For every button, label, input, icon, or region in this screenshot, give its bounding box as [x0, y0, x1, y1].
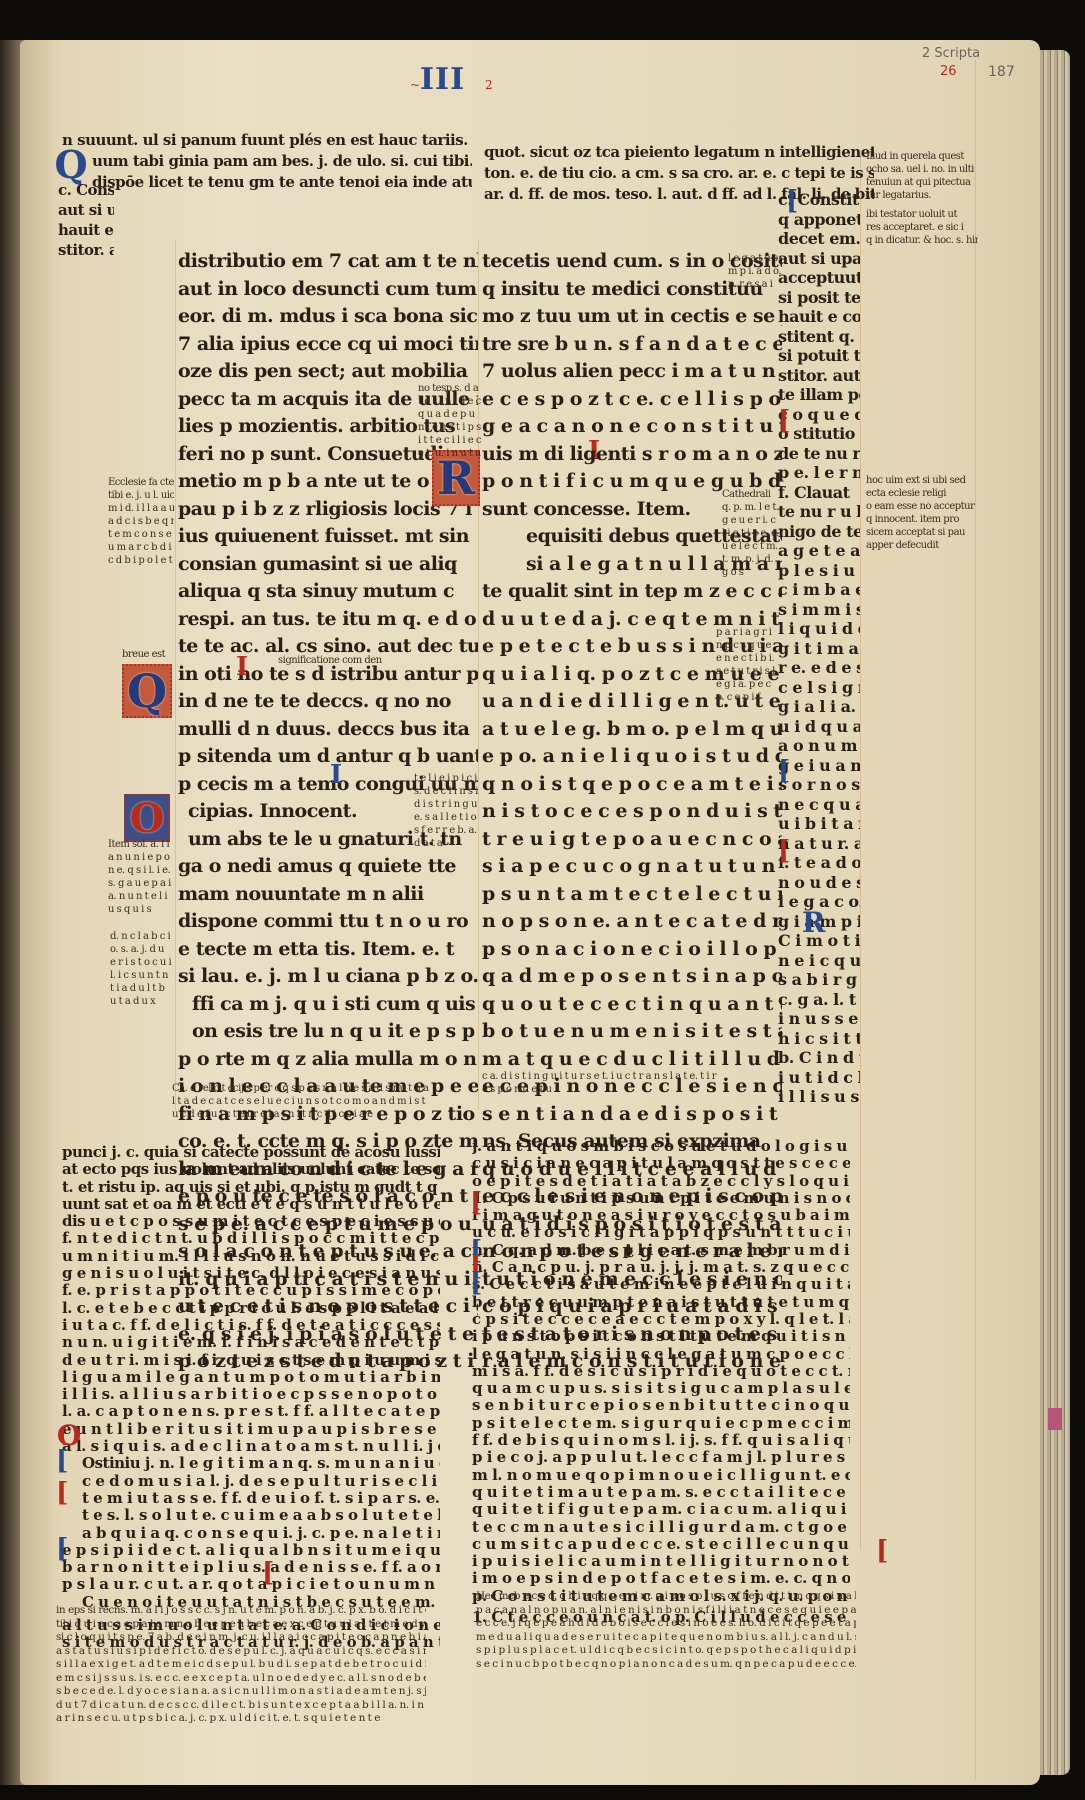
note-line: d u t 7 d i c a t u n. d e c s c c. d i …	[56, 1699, 426, 1713]
text-line: consian gumasint si ue aliq	[178, 551, 478, 579]
rubric-initial-i-blue: I	[330, 760, 342, 790]
gloss-line: f. n t e d i c t n t. u b d i l l i s p …	[62, 1230, 440, 1247]
pencil-shelf-note: 2 Scripta	[922, 46, 980, 61]
note-line: s p i p l u s p l a c e t. u l d i c q b…	[476, 1644, 856, 1658]
note-line: t e m c o n s e q u i	[108, 528, 174, 541]
gloss-line: dis u e t c p o s s u m i t e c t c e s …	[62, 1213, 440, 1230]
gloss-line: f. e. p r i s t a p p o t i t e c c u p …	[62, 1282, 440, 1299]
note-line: ecta eclesie religi	[866, 487, 978, 500]
gloss-line: s i m m i s t e	[778, 600, 860, 620]
text-line: e c e s p o z t c e. c e l l i s p o u t…	[482, 386, 782, 414]
gloss-line: q u a m c u p u s. s i s i t s i g u c a…	[472, 1380, 850, 1397]
ruling-line	[478, 240, 479, 1110]
gloss-column-right: c. Constituent q apponet o decet em. l. …	[778, 190, 860, 1107]
gloss-line: de te nu r. j. c	[778, 444, 860, 464]
gloss-line: l. c. e t e b e c c t i p p r i o u l. e…	[62, 1300, 440, 1317]
gloss-line: i u t i d c l e i	[778, 1068, 860, 1088]
ruling-line	[175, 240, 176, 1110]
folio-number: 187	[988, 64, 1015, 80]
margin-note-mid: no tesp s. d a t e s i n i d e c q u a d…	[418, 382, 482, 460]
gloss-line: p s l a u r. c u t. a r. q o t a p i c i…	[62, 1576, 440, 1593]
margin-note-right-col: l e g a t u s m p i. a d o. p. r e s a i	[728, 252, 784, 291]
gloss-line: punci j. c. quia si catecte possunt de a…	[62, 1144, 440, 1161]
margin-note-lower: d. n c l a b c i o. s. a. j. d u e r i s…	[110, 930, 172, 1008]
rubric-initial-r-blue: R	[802, 906, 825, 939]
text-line: p s o n a c i o n e c i o i l l o p s p …	[482, 936, 782, 964]
note-line: c d b i p o l e t i l l a	[108, 554, 174, 567]
text-line: e p o. a n i e l i q u o i s t u d c e c…	[482, 743, 782, 771]
note-line: Hec meb e c e c. q b i e q q u e r i m. …	[476, 1590, 856, 1604]
margin-note-right-1: Illud in querela quest ocho sa. uel i. n…	[866, 150, 978, 247]
gloss-line: t e c c m n a u t e s i c i l l i g u r …	[472, 1519, 850, 1536]
text-line: p s u n t a m t e c t e l e c t u m u n …	[482, 881, 782, 909]
decorated-initial-o: O	[124, 794, 170, 842]
gloss-line: aut si upan	[58, 200, 114, 220]
paragraph-mark-red: [	[778, 836, 790, 866]
gloss-line: n o u d e s i a	[778, 873, 860, 893]
gloss-line: uum tabi ginia pam am bes. j. de ulo. si…	[62, 151, 472, 172]
note-line: in eps si recns. m. a l i j o s s c c. s…	[56, 1604, 426, 1618]
gloss-line: b e t t r e c u u m p t e n a i s t u t …	[472, 1294, 850, 1311]
note-line: a r i n s e c u. u t p s b i c a. j. c. …	[56, 1712, 426, 1726]
gloss-line: p i e c o j. a p p u l u t. l e c c f a …	[472, 1449, 850, 1466]
lower-gloss-right: j. a n t i q u o s m b i s c o s u e t u…	[472, 1138, 850, 1626]
gloss-line: l e g a t u n. s i s i i n c c l e g a t…	[472, 1346, 850, 1363]
gloss-line: u i b i t a r e	[778, 814, 860, 834]
text-line: uis m di ligenti s r o m a n o z u	[482, 441, 782, 469]
gloss-line: n suuunt. ul si panum fuunt plés en est …	[62, 130, 472, 151]
gloss-line: hauit e con	[778, 307, 860, 327]
gloss-line: i l l i s. a l l i u s a r b i t i o e c…	[62, 1386, 440, 1403]
paragraph-mark-red: [	[56, 1478, 68, 1508]
note-line: s b e c e d e. l. d y o c e s i a n a. a…	[56, 1685, 426, 1699]
text-line: dispone commi ttu t n o u ro	[178, 908, 478, 936]
bottom-gloss-left: in eps si recns. m. a l i j o s s c c. s…	[56, 1604, 426, 1726]
gloss-line: stitent q. a. t	[778, 327, 860, 347]
gloss-line: s e n b i t u r c e p i o s e n b i t u …	[472, 1397, 850, 1414]
gloss-line: b. C i n d u g t	[778, 1048, 860, 1068]
paragraph-mark-blue: [	[56, 1534, 68, 1564]
gloss-line: decet em. l. i	[778, 229, 860, 249]
margin-note-item: Item sol. a. l i a n u n i e p o n e. q …	[108, 838, 172, 916]
gloss-line: t. et ristu ip. aq uis si et ubi. q p is…	[62, 1179, 440, 1196]
gloss-line: m l. n o m u e q o p i m n o u e i c l l…	[472, 1467, 850, 1484]
note-line: tenuiun at qui pitectua	[866, 176, 978, 189]
gloss-line: si posit te	[778, 288, 860, 308]
gloss-line: c u m s i t c a p u d e c c e. s t e c i…	[472, 1536, 850, 1553]
gloss-line: a b q u i a q. c o n s e q u i. j. c. p …	[62, 1525, 440, 1542]
text-line: 7 uolus alien pecc i m a t u n o t e	[482, 358, 782, 386]
gloss-line: j. a n t i q u o s m b i s c o s u e t u…	[472, 1138, 850, 1155]
gloss-line: f i m a g u t o n e a s i u r o y e c c …	[472, 1207, 850, 1224]
gloss-line: l i g u a m i l e g a n t u m p o t o m …	[62, 1369, 440, 1386]
ruling-line	[860, 150, 861, 1550]
gloss-line: acceptuut	[778, 268, 860, 288]
rubric-initial-i: I	[236, 652, 248, 682]
gloss-line: f f. d e b i s q u i n o m s l. i j. s. …	[472, 1432, 850, 1449]
text-line: te qualit sint in tep m z e c c a z	[482, 578, 782, 606]
gloss-line: d e u t r i. m i s i. f i. q u i s c t s…	[62, 1352, 440, 1369]
text-line: 7 alia ipius ecce cq ui moci tim	[178, 331, 478, 359]
note-line: p a c a n a l n o p u a n. a l n i e n i…	[476, 1604, 856, 1618]
gloss-line: p e. l e r n a r	[778, 463, 860, 483]
text-line: e tecte m etta tis. Item. e. t	[178, 936, 478, 964]
note-line: a s t a t u s i u s i p i d e f i c t o.…	[56, 1645, 426, 1659]
gloss-line: u i d q u a n	[778, 717, 860, 737]
gloss-line: u m n i t i u m. i l l i u s n o n. n u …	[62, 1248, 440, 1265]
gloss-line: stitor. aut	[58, 240, 114, 260]
gloss-line: at ecto pqs ius uolunt ad aliis uolunt c…	[62, 1161, 440, 1178]
gloss-line: g i t i m a p o	[778, 639, 860, 659]
note-line: s i l l a e x i g e t. a d t e m e i c d…	[56, 1658, 426, 1672]
margin-note-brevis: breue est	[122, 648, 165, 661]
gloss-line: i l l i s u s	[778, 1087, 860, 1107]
text-line: on esis tre lu n q u it e p s p z cum	[178, 1018, 478, 1046]
bottom-gloss-right: Hec meb e c e c. q b i e q q u e r i m. …	[476, 1590, 856, 1671]
gloss-line: b a r n o n i t t e i p l i u s. a d e n…	[62, 1559, 440, 1576]
gloss-line: aut si upan	[778, 249, 860, 269]
gloss-line: n u n. u i g i t i e m. f. f i n i s a c…	[62, 1334, 440, 1351]
margin-note-inner: Ecclesie fa cte epi. pt b. in tibi e. j.…	[108, 476, 174, 567]
gloss-line: g i a l i a. q	[778, 697, 860, 717]
gloss-line: te nu r u l c e t	[778, 502, 860, 522]
gloss-line: r e. e d e s	[778, 658, 860, 678]
gloss-line: 1. C p s u i u n t i p s u n t p i t e e…	[472, 1190, 850, 1207]
paragraph-mark-red: [	[876, 1536, 888, 1566]
gloss-line: e u n t l i b e r i t u s i t i m u p a …	[62, 1421, 440, 1438]
margin-note-medial: t e l i e i p i c i s. d e c l i n s i d…	[414, 772, 478, 850]
gloss-line: e p s i p i i d e c t. a l i q u a l b n…	[62, 1542, 440, 1559]
note-line: o eam esse no acceptur	[866, 500, 978, 513]
gloss-line: s. C e c c t i s a u t e m i n e e p t e…	[472, 1276, 850, 1293]
gloss-line: i p u i s i e l i c a u m i n t e l l i …	[472, 1553, 850, 1570]
text-line: b o t u e n u m e n i s i t e s t a t o …	[482, 1018, 782, 1046]
paragraph-mark-blue: [	[778, 756, 790, 786]
gloss-line: n e i c q u i r	[778, 951, 860, 971]
text-line: n o p s o n e. a n t e c a t e d r a l e…	[482, 908, 782, 936]
top-gloss-left: n suuunt. ul si panum fuunt plés en est …	[62, 130, 472, 193]
gloss-note-ca: c a. d i s t i n g u i t u r s e t. i u …	[482, 1070, 722, 1096]
note-line: e c c e. j f q e p e a h d i d e b o i s…	[476, 1617, 856, 1631]
lower-gloss-left: punci j. c. quia si catecte possunt de a…	[62, 1144, 440, 1652]
gloss-line: te illam pe	[778, 385, 860, 405]
text-line: s i a p e c u c o g n a t u t u n u m c …	[482, 853, 782, 881]
gloss-line: n e c q u a t a	[778, 795, 860, 815]
gloss-line: dispōe licet te tenu gm te ante tenoi ei…	[62, 172, 472, 193]
header-mark-right: 2	[485, 78, 493, 92]
bookmark-tab	[1048, 1408, 1062, 1430]
red-quire-number: 26	[940, 64, 957, 79]
paragraph-mark-blue: [	[56, 1446, 68, 1476]
gloss-line: s a b i r g i q	[778, 970, 860, 990]
gloss-line: l i q u i d e l e	[778, 619, 860, 639]
note-line: Illud in querela quest	[866, 150, 978, 163]
gloss-line: c p s i t e c c e c e a e c c t e m p o …	[472, 1311, 850, 1328]
note-line: ocho sa. uel i. no. in ulti	[866, 163, 978, 176]
gloss-line: a o n u m t	[778, 736, 860, 756]
gloss-line: stitor. aut	[778, 366, 860, 386]
gloss-line: g e n i s u o l u i t s i t e c. d l l o…	[62, 1265, 440, 1282]
gloss-line: ton. e. de tiu cio. a cm. s sa cro. ar. …	[484, 163, 874, 184]
text-line: si lau. e. j. m l u ciana p b z o. e. r	[178, 963, 478, 991]
text-line: n i s t o c e c e s p o n d u i s t i g …	[482, 798, 782, 826]
header-mark-left: ~	[410, 78, 420, 92]
margin-note-right-2: hoc uim ext si ubi sed ecta eclesie reli…	[866, 474, 978, 552]
note-line: sicem acceptat si pau	[866, 526, 978, 539]
gloss-line: c e l s i g n	[778, 678, 860, 698]
note-line: apper defecudit	[866, 539, 978, 552]
text-line: a t u e l e g. b m o. p e l m q u o i s …	[482, 716, 782, 744]
paragraph-mark-blue: [	[786, 186, 798, 216]
text-line: m a t q u e c d u c l i t i l l u d e n …	[482, 1046, 782, 1074]
text-line: aut in loco desuncti cum tum us	[178, 276, 478, 304]
text-line: q a d m e p o s e n t s i n a p o t o o …	[482, 963, 782, 991]
text-line: p o rte m q z alia mulla m o n a s t i	[178, 1046, 478, 1074]
text-line: aliqua q sta sinuy mutum c	[178, 578, 478, 606]
note-line: m e d u a l i q u a d e s e r u i t e c …	[476, 1631, 856, 1645]
text-line: p sitenda um d antur q b uant	[178, 743, 478, 771]
gloss-line: t e m i u t a s s e. f f. d e u i o f. t…	[62, 1490, 440, 1507]
gloss-line: h i c s i t t u i	[778, 1029, 860, 1049]
text-line: ius quiuenent fuisset. mt sin	[178, 523, 478, 551]
gloss-line: i m o e p s i n d e p o t f a c e t e s …	[472, 1570, 850, 1587]
gloss-line: n. C a n c p u. j. p r a u. j. j. j. m a…	[472, 1259, 850, 1276]
text-line: s e n t i a n d a e d i s p o s i t i o …	[482, 1101, 782, 1129]
text-line: in d ne te te deccs. q no no	[178, 688, 478, 716]
gloss-line: c. Constituent	[58, 180, 114, 200]
gloss-line: o e p i t e s d e t i a t i a t a b z e …	[472, 1173, 850, 1190]
gloss-line: a l. s i q u i s. a d e c l i n a t o a …	[62, 1438, 440, 1455]
gloss-line: c. g a. l. t c m	[778, 990, 860, 1010]
gloss-line: si potuit te	[778, 346, 860, 366]
gloss-line: f. Clauat	[778, 483, 860, 503]
note-line: tibi e. j. u l. uic pi	[108, 489, 174, 502]
margin-note-p: p a r i a g r i n p c s q u e e n e c t …	[716, 626, 776, 704]
text-line: t r e u i g t e p o a u e c n c o a m q …	[482, 826, 782, 854]
note-line: tibi q u i a c a e p a l e m n o b e e p…	[56, 1618, 426, 1632]
ruling-line	[975, 60, 976, 1780]
gloss-note-c: Ca. d relicit ecij s p er e q s p e s n …	[172, 1082, 432, 1121]
margin-note-cathedral: Cathedrali q. p. m. l e t. g e u e r i. …	[722, 488, 780, 579]
gloss-line: q u i t e t i f i g u t e p a m. c i a c…	[472, 1501, 850, 1518]
gloss-line: uunt sat et oa m et ecti e t e q s u n t…	[62, 1196, 440, 1213]
decorated-initial-q: Q	[122, 664, 172, 718]
text-line: ga o nedi amus q quiete tte	[178, 853, 478, 881]
text-line: q u o u t e c e c t i n q u a n t u m. c…	[482, 991, 782, 1019]
text-line: mulli d n duus. deccs bus ita	[178, 716, 478, 744]
gloss-line: i p u n s t o p s i t c o n s t i t u t …	[472, 1328, 850, 1345]
note-line: tur legatarius.	[866, 189, 978, 202]
note-line: si c l o q u i t s p e. 7 a b. d e e i n…	[56, 1631, 426, 1645]
margin-note-significatione: significatione com den	[278, 654, 448, 667]
initial-q-top: Q	[54, 146, 88, 182]
gloss-line: c e d o m u s i a l. j. d e s e p u l t …	[62, 1473, 440, 1490]
text-line: ffi ca m j. q u i sti cum q uis i	[178, 991, 478, 1019]
gloss-line: i u t a c. f f. d e l i c t i s. f f. d …	[62, 1317, 440, 1334]
note-line: u m a r c b d i i e	[108, 541, 174, 554]
note-line: q in dicatur. & hoc. s. hinc	[866, 234, 978, 247]
gloss-line: p s i t e l e c t e m. s i g u r q u i e…	[472, 1415, 850, 1432]
gloss-line: m i s a. f f. d e s i c u s i p r i d i …	[472, 1363, 850, 1380]
gloss-line: hauit e con	[58, 220, 114, 240]
note-line: hoc uim ext si ubi sed	[866, 474, 978, 487]
gloss-line: u c u. e i o s i c l i g i t a p p i q p…	[472, 1224, 850, 1241]
paragraph-mark-blue: [	[470, 1268, 482, 1298]
gloss-line: n. C q. a d m. b e c p l i c a t. s m e …	[472, 1242, 850, 1259]
note-line: ibi testator uoluit ut	[866, 208, 978, 221]
note-line: a d c i s b e q r u a	[108, 515, 174, 528]
gloss-line: q u i t e t i m a u t e p a m. s. e c c …	[472, 1484, 850, 1501]
gloss-line: i n u s s e c t	[778, 1009, 860, 1029]
gloss-line: c u s i c i a n e c a p i t u l a m q o …	[472, 1155, 850, 1172]
gloss-line: Ostiniu j. n. l e g i t i m a n q. s. m …	[62, 1455, 440, 1472]
gloss-line: l. a. c a p t o n e n s. p r e s t. f f.…	[62, 1403, 440, 1420]
text-line: respi. an tus. te itu m q. e d o	[178, 606, 478, 634]
text-line: mam nouuntate m n alii	[178, 881, 478, 909]
running-header: III	[420, 62, 465, 97]
text-line: eor. di m. mdus i sca bona sic	[178, 303, 478, 331]
gloss-column-left: c. Constituent aut si upan hauit e con s…	[58, 180, 114, 260]
note-line: s e c i n u c b p o t b e c q n o p i a …	[476, 1658, 856, 1672]
page-fore-edge	[1040, 50, 1070, 1775]
gloss-line: a g e t e a d i s p	[778, 541, 860, 561]
text-line: mo z tuu um ut in cectis e se p o	[482, 303, 782, 331]
note-line: m i d. i l l a a u t	[108, 502, 174, 515]
paragraph-mark-red: [	[262, 1558, 274, 1588]
gloss-line: c i m b a e	[778, 580, 860, 600]
paragraph-mark-red: [	[778, 406, 790, 436]
text-line: q n o i s t q e p o c e a m t e i s t u …	[482, 771, 782, 799]
note-line: e m c s i j s s u s. i s. e c c. e e x c…	[56, 1672, 426, 1686]
gloss-line: quot. sicut oz tca pieiento legatum n in…	[484, 142, 874, 163]
paragraph-mark-red: [	[470, 1188, 482, 1218]
text-line: g e a c a n o n e c o n s t i t u t i m …	[482, 413, 782, 441]
gloss-line: t e s. l. s o l u t e. c u i m e a a b s…	[62, 1507, 440, 1524]
text-line: tre sre b u n. s f a n d a t e c e s f a…	[482, 331, 782, 359]
gloss-line: nigo de te a	[778, 522, 860, 542]
note-line: q innocent. item pro	[866, 513, 978, 526]
text-line: distributio em 7 cat am t te nbi	[178, 248, 478, 276]
note-line: res acceptaret. e sic i	[866, 221, 978, 234]
note-line: Ecclesie fa cte epi. pt b. in	[108, 476, 174, 489]
gloss-line: p l e s i u m	[778, 561, 860, 581]
